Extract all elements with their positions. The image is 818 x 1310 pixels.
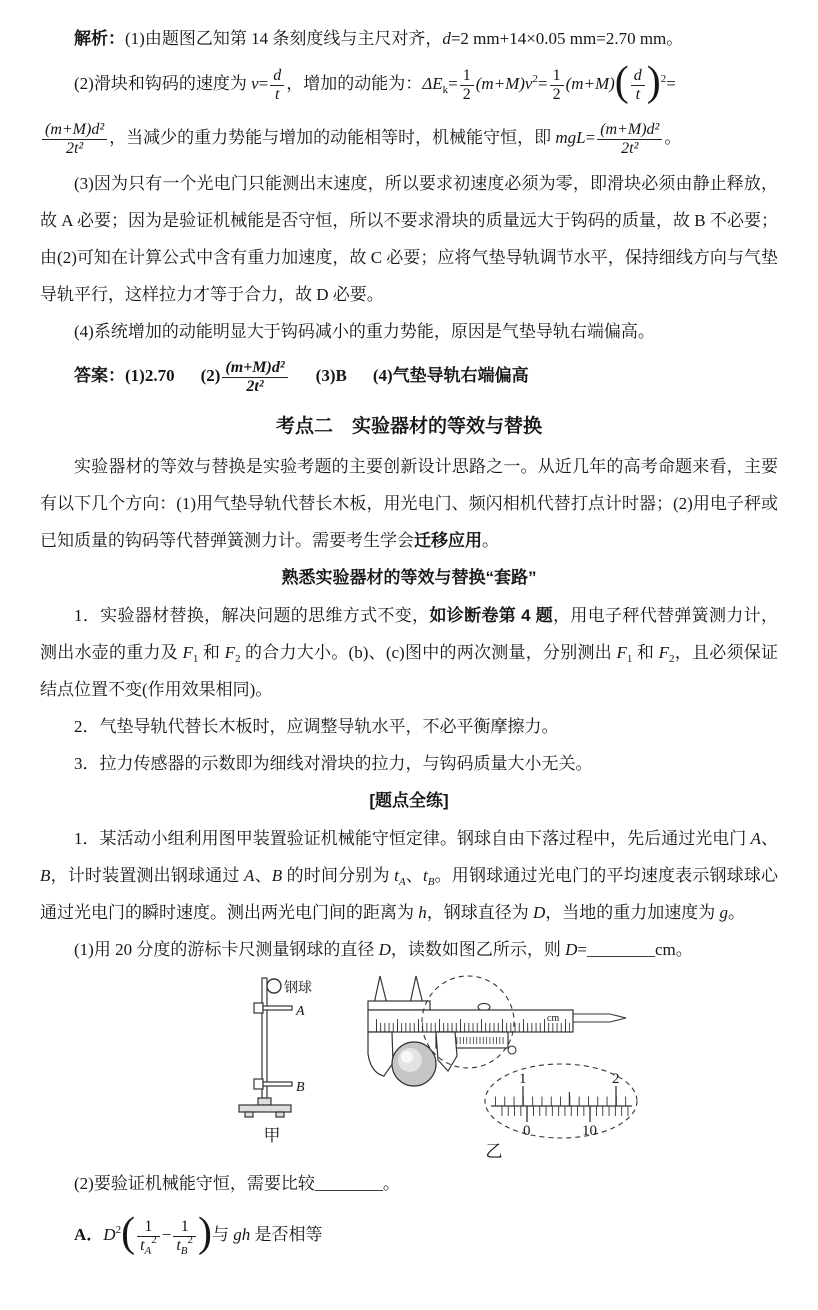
math-var: mgL xyxy=(555,128,585,147)
point-3: 3．拉力传感器的示数即为细线对滑块的拉力，与钩码质量大小无关。 xyxy=(40,745,778,782)
inset-label-10: 10 xyxy=(582,1123,597,1139)
stand-figure: 钢球 A B xyxy=(212,974,332,1124)
section-intro: 实验器材的等效与替换是实验考题的主要创新设计思路之一。从近几年的高考命题来看，主… xyxy=(40,448,778,559)
text: = xyxy=(577,940,587,959)
math-var: F xyxy=(225,643,235,662)
fraction: (m+M)d²2t² xyxy=(42,121,107,158)
math-var: B xyxy=(272,866,282,885)
point-1: 1．实验器材替换，解决问题的思维方式不变，如诊断卷第 4 题，用电子秤代替弹簧测… xyxy=(40,597,778,708)
text: 实验器材的等效与替换是实验考题的主要创新设计思路之一。从近几年的高考命题来看，主… xyxy=(40,457,778,550)
answer-item-2: (2)(m+M)d²2t² xyxy=(201,366,290,385)
gate-b-label: B xyxy=(296,1080,305,1095)
big-paren-left: ( xyxy=(121,1210,135,1256)
text: 和 xyxy=(632,643,658,662)
math-var: F xyxy=(659,643,669,662)
clamp-a xyxy=(254,1003,263,1013)
text: ，读数如图乙所示，则 xyxy=(391,940,565,959)
text: cm。 xyxy=(655,940,693,959)
text: 、 xyxy=(406,866,423,885)
slider-bump xyxy=(508,1046,516,1054)
minus-sign: − xyxy=(162,1225,172,1244)
cm-unit-label: cm xyxy=(547,1013,559,1024)
answer-label: 答案： xyxy=(74,366,125,385)
text: 1．某活动小组利用图甲装置验证机械能守恒定律。钢球自由下落过程中，先后通过光电门 xyxy=(74,829,751,848)
question-1-sub2: (2)要验证机械能守恒，需要比较________。 xyxy=(40,1164,778,1204)
text: 。 xyxy=(383,1174,400,1193)
math-var: v xyxy=(251,74,259,93)
text: 1．实验器材替换，解决问题的思维方式不变， xyxy=(74,606,429,625)
stand-figure-block: 钢球 A B 甲 xyxy=(212,974,332,1148)
text: 。 xyxy=(728,903,745,922)
answer-line: 答案：(1)2.70(2)(m+M)d²2t²(3)B(4)气垫导轨右端偏高 xyxy=(40,350,778,402)
inset-label-2: 2 xyxy=(612,1071,620,1087)
subscript: A xyxy=(399,876,406,888)
upper-jaw-slider xyxy=(410,976,423,1004)
text: 的合力大小。(b)、(c)图中的两次测量，分别测出 xyxy=(241,643,617,662)
math-var: (m+M)v xyxy=(476,74,533,93)
text: 、 xyxy=(761,829,778,848)
fraction: 1tA2 xyxy=(137,1218,160,1255)
text: 、 xyxy=(254,866,271,885)
upper-jaw-fixed xyxy=(374,976,387,1004)
math-var: ΔE xyxy=(422,74,442,93)
fraction: (m+M)d²2t² xyxy=(222,359,287,396)
caliper-figure: cm 1 2 xyxy=(348,974,640,1140)
text: ，钢球直径为 xyxy=(427,903,533,922)
gate-a-label: A xyxy=(295,1004,305,1019)
depth-rod xyxy=(573,1014,626,1022)
text: = xyxy=(586,128,596,147)
analysis-label: 解析： xyxy=(74,29,125,48)
fraction: dt xyxy=(270,67,284,104)
text: ，增加的动能为： xyxy=(286,74,422,93)
clamp-b-bar xyxy=(263,1082,292,1086)
ball-highlight-core xyxy=(401,1051,413,1063)
fraction: dt xyxy=(631,67,645,104)
clamp-b xyxy=(254,1079,263,1089)
lower-jaw-slider xyxy=(436,1032,457,1071)
math-var: d xyxy=(442,29,451,48)
big-paren-right: ) xyxy=(198,1210,212,1256)
analysis-p4: (3)因为只有一个光电门只能测出末速度，所以要求初速度必须为零，即滑块必须由静止… xyxy=(40,165,778,313)
text: 的时间分别为 xyxy=(282,866,394,885)
text: = xyxy=(538,74,548,93)
steel-ball-icon xyxy=(267,979,281,993)
practice-header: [题点全练] xyxy=(40,782,778,820)
figure-row: 钢球 A B 甲 cm xyxy=(212,974,778,1164)
answer-item-4: (4)气垫导轨右端偏高 xyxy=(373,366,529,385)
text: = xyxy=(448,74,458,93)
answer-item-1: (1)2.70 xyxy=(125,366,175,385)
figure-caption-yi: 乙 xyxy=(348,1140,640,1164)
math-var: h xyxy=(418,903,427,922)
text: = xyxy=(259,74,269,93)
base-foot xyxy=(245,1112,253,1117)
option-a-label: A． xyxy=(74,1225,103,1244)
fraction: 1tB2 xyxy=(173,1218,196,1255)
math-var: g xyxy=(720,903,729,922)
math-var: D xyxy=(565,940,577,959)
text: ，计时装置测出钢球通过 xyxy=(50,866,244,885)
caliper-head xyxy=(368,1001,430,1010)
caliper-figure-block: cm 1 2 xyxy=(348,974,640,1164)
answer-blank: ________ xyxy=(315,1174,383,1193)
text: ，当地的重力加速度为 xyxy=(545,903,719,922)
main-beam xyxy=(368,1010,573,1032)
text: (2)要验证机械能守恒，需要比较 xyxy=(74,1174,315,1193)
math-var: D xyxy=(103,1225,115,1244)
fraction: (m+M)d²2t² xyxy=(597,121,662,158)
base-plate xyxy=(239,1105,291,1112)
steel-ball-label: 钢球 xyxy=(284,980,312,996)
inset-label-1: 1 xyxy=(519,1071,527,1087)
math-var: D xyxy=(533,903,545,922)
section-heading: 考点二 实验器材的等效与替换 xyxy=(40,406,778,448)
analysis-p2: (2)滑块和钩码的速度为 v=dt，增加的动能为：ΔEk=12(m+M)v2=1… xyxy=(40,57,778,111)
base-foot xyxy=(276,1112,284,1117)
text: 。 xyxy=(664,128,681,147)
sub-heading: 熟悉实验器材的等效与替换“套路” xyxy=(40,559,778,597)
answer-item-3: (3)B xyxy=(316,366,347,385)
big-paren-right: ) xyxy=(647,59,661,105)
analysis-p5: (4)系统增加的动能明显大于钩码减小的重力势能，原因是气垫导轨右端偏高。 xyxy=(40,313,778,350)
text: 。 xyxy=(482,531,499,550)
text: (2)滑块和钩码的速度为 xyxy=(74,74,251,93)
question-1: 1．某活动小组利用图甲装置验证机械能守恒定律。钢球自由下落过程中，先后通过光电门… xyxy=(40,820,778,931)
text: ，当减少的重力势能与增加的动能相等时，机械能守恒，即 xyxy=(109,128,555,147)
big-paren-left: ( xyxy=(615,59,629,105)
math-var: F xyxy=(183,643,193,662)
text: = xyxy=(666,74,676,93)
math-var: A xyxy=(244,866,254,885)
fraction: 12 xyxy=(460,67,474,104)
math-var: B xyxy=(40,866,50,885)
text: (1)由题图乙知第 14 条刻度线与主尺对齐， xyxy=(125,29,442,48)
fraction: 12 xyxy=(550,67,564,104)
analysis-p3: (m+M)d²2t²，当减少的重力势能与增加的动能相等时，机械能守恒，即 mgL… xyxy=(40,111,778,165)
math-var: (m+M) xyxy=(566,74,615,93)
emphasis: 迁移应用 xyxy=(414,531,482,550)
figure-caption-jia: 甲 xyxy=(212,1124,332,1148)
math-var: D xyxy=(379,940,391,959)
analysis-p1: 解析：(1)由题图乙知第 14 条刻度线与主尺对齐，d=2 mm+14×0.05… xyxy=(40,20,778,57)
text: 和 xyxy=(198,643,224,662)
clamp-a-bar xyxy=(263,1006,292,1010)
emphasis: 如诊断卷第 4 题 xyxy=(429,606,553,625)
text: 是否相等 xyxy=(250,1225,322,1244)
lower-jaw-fixed xyxy=(368,1032,393,1076)
math-var: F xyxy=(616,643,626,662)
question-1-sub1: (1)用 20 分度的游标卡尺测量钢球的直径 D，读数如图乙所示，则 D=___… xyxy=(40,931,778,968)
text: 与 xyxy=(212,1225,233,1244)
text: (1)用 20 分度的游标卡尺测量钢球的直径 xyxy=(74,940,379,959)
math-var: gh xyxy=(233,1225,250,1244)
text: =2 mm+14×0.05 mm=2.70 mm。 xyxy=(451,29,683,48)
option-a: A．D2(1tA2−1tB2)与 gh 是否相等 xyxy=(40,1204,778,1266)
base-stem xyxy=(258,1098,271,1105)
point-2: 2．气垫导轨代替长木板时，应调整导轨水平，不必平衡摩擦力。 xyxy=(40,708,778,745)
math-var: A xyxy=(751,829,761,848)
inset-label-0: 0 xyxy=(523,1123,531,1139)
answer-blank: ________ xyxy=(587,940,655,959)
